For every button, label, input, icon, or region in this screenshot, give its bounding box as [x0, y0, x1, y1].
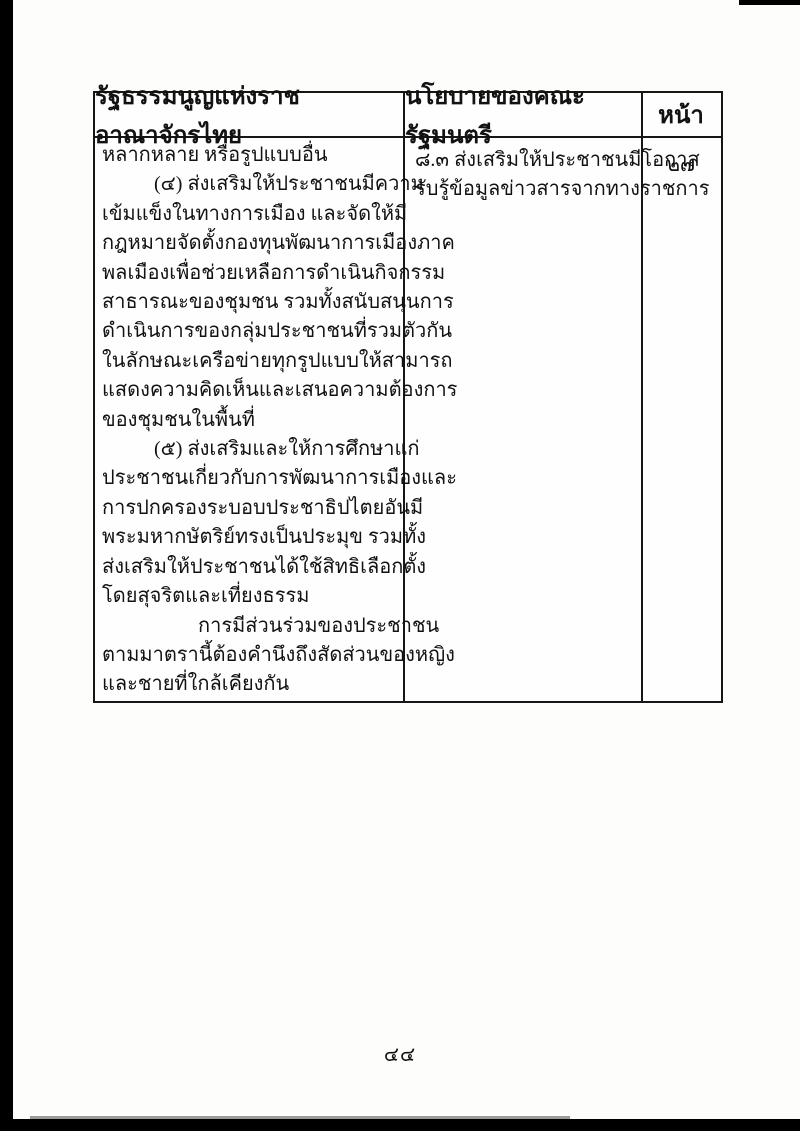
- header-cabinet-policy-column: นโยบายของคณะรัฐมนตรี: [405, 93, 643, 136]
- text-line: เข้มแข็งในทางการเมือง และจัดให้มี: [102, 200, 397, 229]
- text-line: แสดงความคิดเห็นและเสนอความต้องการ: [102, 376, 397, 405]
- header-constitution-column: รัฐธรรมนูญแห่งราชอาณาจักรไทย: [95, 93, 405, 136]
- text-line: พระมหากษัตริย์ทรงเป็นประมุข รวมทั้ง: [102, 523, 397, 552]
- table-body-row: หลากหลาย หรือรูปแบบอื่น(๔) ส่งเสริมให้ปร…: [95, 138, 721, 701]
- text-line: ดำเนินการของกลุ่มประชาชนที่รวมตัวกัน: [102, 317, 397, 346]
- text-line: (๕) ส่งเสริมและให้การศึกษาแก่: [102, 435, 397, 464]
- text-line: สาธารณะของชุมชน รวมทั้งสนับสนุนการ: [102, 288, 397, 317]
- header-page-column: หน้า: [643, 93, 719, 136]
- scan-edge-bottom-bar: [0, 1119, 800, 1131]
- cabinet-policy-text-cell: ๘.๓ ส่งเสริมให้ประชาชนมีโอกาสรับรู้ข้อมู…: [405, 138, 643, 701]
- text-line: และชายที่ใกล้เคียงกัน: [102, 670, 397, 699]
- comparison-table: รัฐธรรมนูญแห่งราชอาณาจักรไทย นโยบายของคณ…: [93, 91, 723, 703]
- text-line: การปกครองระบอบประชาธิปไตยอันมี: [102, 494, 397, 523]
- text-line: ตามมาตรานี้ต้องคำนึงถึงสัดส่วนของหญิง: [102, 641, 397, 670]
- scanned-page: รัฐธรรมนูญแห่งราชอาณาจักรไทย นโยบายของคณ…: [0, 0, 800, 1131]
- text-line: รับรู้ข้อมูลข่าวสารจากทางราชการ: [415, 175, 635, 204]
- constitution-text-cell: หลากหลาย หรือรูปแบบอื่น(๔) ส่งเสริมให้ปร…: [95, 138, 405, 701]
- scan-edge-left-bar: [0, 0, 13, 1131]
- text-line: พลเมืองเพื่อช่วยเหลือการดำเนินกิจกรรม: [102, 259, 397, 288]
- text-line: (๔) ส่งเสริมให้ประชาชนมีความ: [102, 170, 397, 199]
- text-line: หลากหลาย หรือรูปแบบอื่น: [102, 141, 397, 170]
- text-line: ประชาชนเกี่ยวกับการพัฒนาการเมืองและ: [102, 464, 397, 493]
- text-line: ๘.๓ ส่งเสริมให้ประชาชนมีโอกาส: [415, 146, 635, 175]
- table-header-row: รัฐธรรมนูญแห่งราชอาณาจักรไทย นโยบายของคณ…: [95, 93, 721, 138]
- footer-page-number: ๔๔: [0, 1038, 800, 1070]
- text-line: โดยสุจริตและเที่ยงธรรม: [102, 582, 397, 611]
- text-line: กฎหมายจัดตั้งกองทุนพัฒนาการเมืองภาค: [102, 229, 397, 258]
- text-line: ส่งเสริมให้ประชาชนได้ใช้สิทธิเลือกตั้ง: [102, 553, 397, 582]
- text-line: การมีส่วนร่วมของประชาชน: [102, 612, 397, 641]
- text-line: ในลักษณะเครือข่ายทุกรูปแบบให้สามารถ: [102, 347, 397, 376]
- scan-edge-top-right-bar: [739, 0, 800, 5]
- page-ref-cell: ๒๗: [643, 138, 719, 701]
- text-line: ของชุมชนในพื้นที่: [102, 406, 397, 435]
